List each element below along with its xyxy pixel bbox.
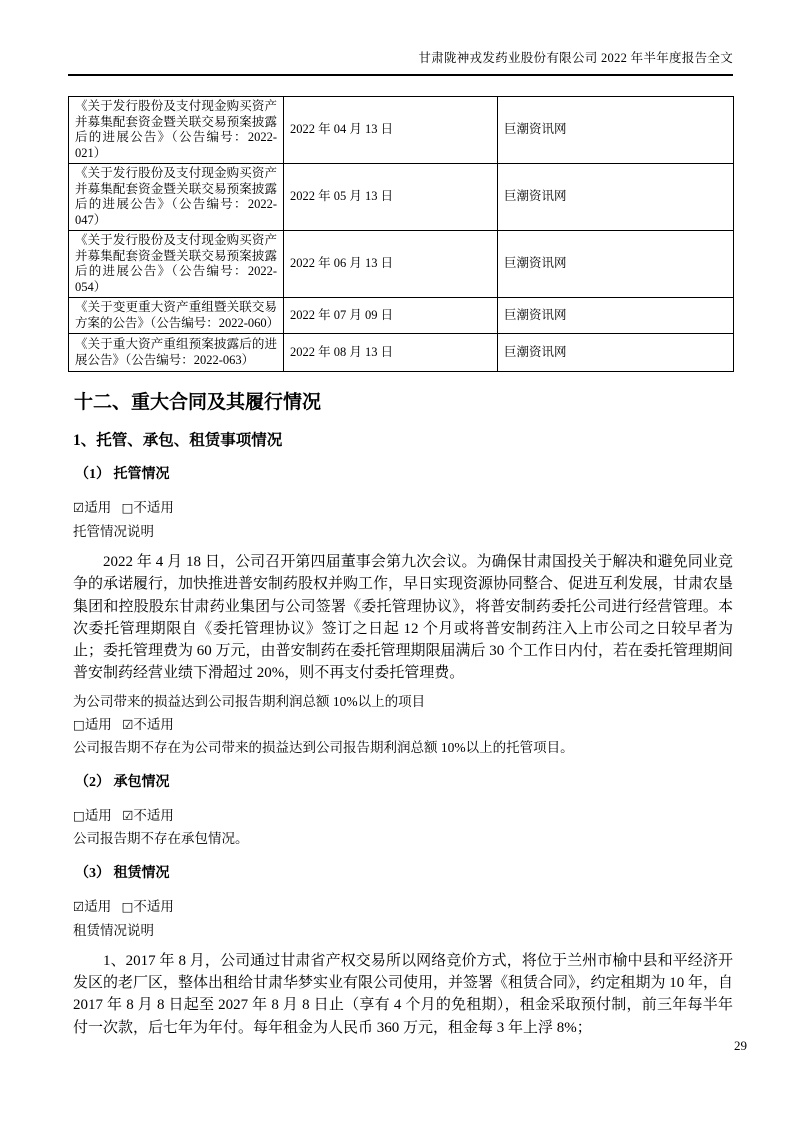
section-heading-major-contracts: 十二、重大合同及其履行情况	[74, 392, 733, 414]
not-applicable-label: 不适用	[133, 717, 174, 732]
announcement-site-cell: 巨潮资讯网	[498, 97, 734, 164]
table-row: 《关于发行股份及支付现金购买资产并募集配套资金暨关联交易预案披露后的进展公告》（…	[69, 164, 734, 231]
checkbox-unchecked-icon: □	[73, 808, 85, 823]
applicable-label: 适用	[84, 500, 111, 515]
custody-paragraph: 2022 年 4 月 18 日，公司召开第四届董事会第九次会议。为确保甘肃国投关…	[73, 551, 733, 685]
profit-applicability-line: □适用 ☑不适用	[73, 716, 733, 733]
contracting-note: 公司报告期不存在承包情况。	[73, 830, 733, 847]
not-applicable-label: 不适用	[133, 899, 174, 914]
applicable-label: 适用	[84, 899, 111, 914]
table-row: 《关于变更重大资产重组暨关联交易方案的公告》（公告编号：2022-060） 20…	[69, 298, 734, 334]
custody-caption: 托管情况说明	[73, 523, 733, 540]
announcement-site-cell: 巨潮资讯网	[498, 164, 734, 231]
not-applicable-label: 不适用	[133, 500, 174, 515]
page-number: 29	[734, 1038, 747, 1054]
announcement-date-cell: 2022 年 08 月 13 日	[284, 334, 498, 372]
profit-item-label: 为公司带来的损益达到公司报告期利润总额 10%以上的项目	[73, 693, 733, 710]
subsection-heading-custody-contract-lease: 1、托管、承包、租赁事项情况	[73, 431, 733, 450]
checkbox-checked-icon: ☑	[122, 808, 133, 823]
checkbox-unchecked-icon: □	[73, 717, 85, 732]
announcement-table: 《关于发行股份及支付现金购买资产并募集配套资金暨关联交易预案披露后的进展公告》（…	[68, 96, 734, 372]
contracting-applicability-line: □适用 ☑不适用	[73, 807, 733, 824]
table-row: 《关于发行股份及支付现金购买资产并募集配套资金暨关联交易预案披露后的进展公告》（…	[69, 231, 734, 298]
announcement-date-cell: 2022 年 05 月 13 日	[284, 164, 498, 231]
item-heading-leasing: （3） 租赁情况	[75, 865, 733, 882]
applicable-label: 适用	[85, 808, 112, 823]
announcement-title-cell: 《关于重大资产重组预案披露后的进展公告》（公告编号：2022-063）	[69, 334, 284, 372]
announcement-site-cell: 巨潮资讯网	[498, 334, 734, 372]
table-row: 《关于重大资产重组预案披露后的进展公告》（公告编号：2022-063） 2022…	[69, 334, 734, 372]
checkbox-checked-icon: ☑	[122, 717, 133, 732]
page-header: 甘肃陇神戎发药业股份有限公司 2022 年半年度报告全文	[68, 0, 733, 76]
announcement-title-cell: 《关于发行股份及支付现金购买资产并募集配套资金暨关联交易预案披露后的进展公告》（…	[69, 97, 284, 164]
table-row: 《关于发行股份及支付现金购买资产并募集配套资金暨关联交易预案披露后的进展公告》（…	[69, 97, 734, 164]
report-page: 甘肃陇神戎发药业股份有限公司 2022 年半年度报告全文 《关于发行股份及支付现…	[0, 0, 793, 1122]
checkbox-unchecked-icon: □	[122, 500, 134, 515]
announcement-date-cell: 2022 年 04 月 13 日	[284, 97, 498, 164]
checkbox-checked-icon: ☑	[73, 899, 84, 914]
announcement-title-cell: 《关于变更重大资产重组暨关联交易方案的公告》（公告编号：2022-060）	[69, 298, 284, 334]
profit-note: 公司报告期不存在为公司带来的损益达到公司报告期利润总额 10%以上的托管项目。	[73, 739, 733, 756]
announcement-date-cell: 2022 年 06 月 13 日	[284, 231, 498, 298]
announcement-title-cell: 《关于发行股份及支付现金购买资产并募集配套资金暨关联交易预案披露后的进展公告》（…	[69, 164, 284, 231]
announcement-site-cell: 巨潮资讯网	[498, 298, 734, 334]
custody-applicability-line: ☑适用 □不适用	[73, 499, 733, 516]
announcement-title-cell: 《关于发行股份及支付现金购买资产并募集配套资金暨关联交易预案披露后的进展公告》（…	[69, 231, 284, 298]
announcement-date-cell: 2022 年 07 月 09 日	[284, 298, 498, 334]
applicable-label: 适用	[85, 717, 112, 732]
item-heading-contracting: （2） 承包情况	[75, 774, 733, 791]
leasing-paragraph: 1、2017 年 8 月，公司通过甘肃省产权交易所以网络竞价方式，将位于兰州市榆…	[73, 950, 733, 1039]
not-applicable-label: 不适用	[133, 808, 174, 823]
leasing-caption: 租赁情况说明	[73, 922, 733, 939]
checkbox-checked-icon: ☑	[73, 500, 84, 515]
checkbox-unchecked-icon: □	[122, 899, 134, 914]
item-heading-custody: （1） 托管情况	[75, 466, 733, 483]
leasing-applicability-line: ☑适用 □不适用	[73, 898, 733, 915]
announcement-site-cell: 巨潮资讯网	[498, 231, 734, 298]
report-running-title: 甘肃陇神戎发药业股份有限公司 2022 年半年度报告全文	[68, 50, 733, 67]
